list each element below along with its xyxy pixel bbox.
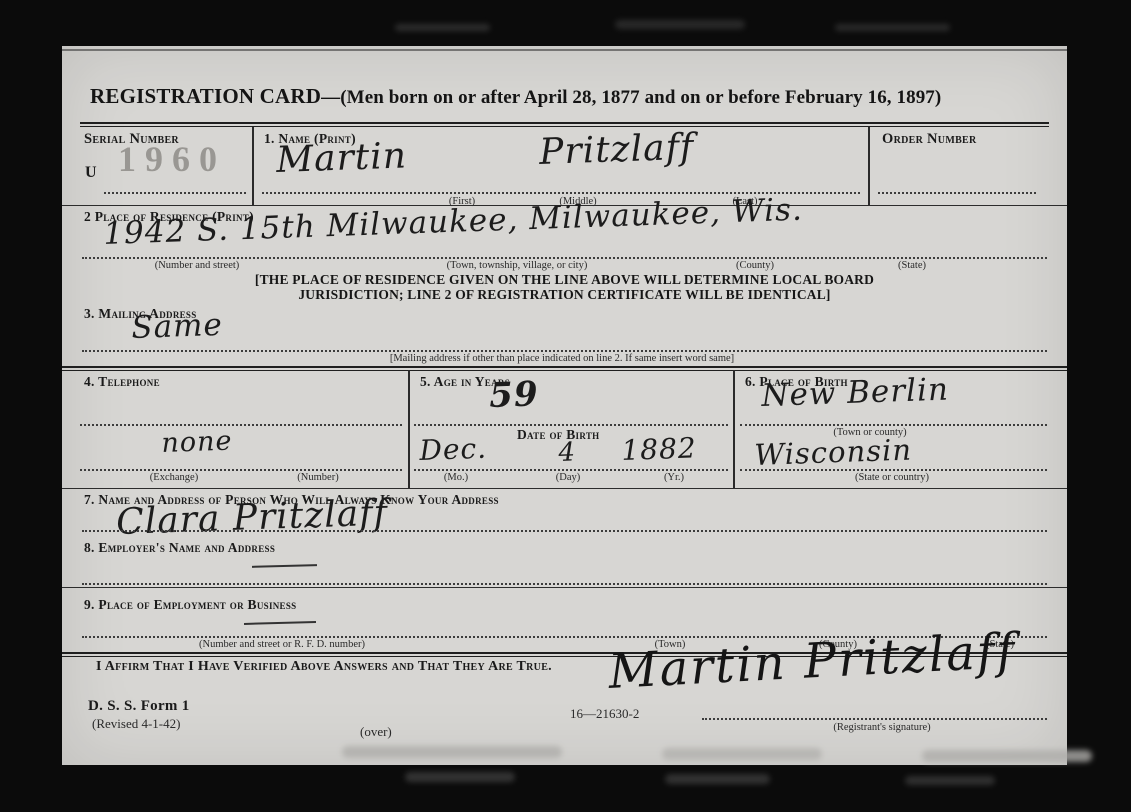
birthplace-state-line bbox=[740, 469, 1047, 471]
dob-day-handwritten: 4 bbox=[558, 437, 577, 468]
dob-line bbox=[414, 469, 728, 471]
name-first-handwritten: Martin bbox=[276, 135, 408, 181]
age-line bbox=[414, 424, 728, 426]
serial-number-stamp: 1960 bbox=[118, 138, 226, 180]
mailing-caption: [Mailing address if other than place ind… bbox=[390, 353, 734, 364]
column-divider bbox=[408, 370, 410, 488]
card-title-eligibility: —(Men born on or after April 28, 1877 an… bbox=[321, 87, 941, 108]
card-top-edge bbox=[62, 49, 1067, 51]
telephone-line2 bbox=[80, 469, 402, 471]
signature-caption: (Registrant's signature) bbox=[833, 722, 930, 733]
scan-artifact bbox=[662, 748, 822, 760]
title-divider bbox=[80, 122, 1049, 127]
residence-caption-state: (State) bbox=[898, 260, 926, 271]
telephone-caption-exchange: (Exchange) bbox=[150, 472, 198, 483]
mailing-line bbox=[82, 350, 1047, 352]
registration-card: REGISTRATION CARD—(Men born on or after … bbox=[62, 46, 1067, 765]
employment-blank-dash bbox=[244, 621, 316, 625]
row-divider bbox=[62, 587, 1067, 588]
telephone-caption-number: (Number) bbox=[297, 472, 338, 483]
serial-number-line bbox=[104, 192, 246, 194]
dob-caption-day: (Day) bbox=[556, 472, 581, 483]
signature-line bbox=[702, 718, 1047, 720]
telephone-handwritten: none bbox=[161, 426, 233, 459]
print-code: 16—21630-2 bbox=[570, 706, 639, 722]
over-note: (over) bbox=[360, 724, 392, 740]
section-divider bbox=[62, 366, 1067, 371]
employment-caption-street: (Number and street or R. F. D. number) bbox=[199, 639, 365, 650]
card-title-main: REGISTRATION CARD bbox=[90, 84, 321, 108]
column-divider bbox=[252, 127, 254, 205]
contact-handwritten: Clara Pritzlaff bbox=[116, 493, 389, 543]
affirmation-text: I Affirm That I Have Verified Above Answ… bbox=[96, 659, 552, 675]
residence-caption-town: (Town, township, village, or city) bbox=[447, 260, 588, 271]
form-number: D. S. S. Form 1 bbox=[88, 698, 190, 715]
birthplace-town-handwritten: New Berlin bbox=[761, 371, 950, 414]
employer-label: 8. Employer's Name and Address bbox=[84, 540, 275, 556]
scan-artifact bbox=[405, 772, 515, 782]
scan-artifact bbox=[922, 750, 1092, 762]
telephone-label: 4. Telephone bbox=[84, 374, 160, 390]
form-revision: (Revised 4-1-42) bbox=[92, 716, 180, 732]
serial-prefix: U bbox=[85, 164, 97, 182]
residence-line bbox=[82, 257, 1047, 259]
dob-caption-year: (Yr.) bbox=[664, 472, 684, 483]
board-note-line1: [THE PLACE OF RESIDENCE GIVEN ON THE LIN… bbox=[62, 272, 1067, 288]
board-note-line2: JURISDICTION; LINE 2 OF REGISTRATION CER… bbox=[62, 287, 1067, 303]
birthplace-state-handwritten: Wisconsin bbox=[754, 433, 913, 472]
residence-caption-county: (County) bbox=[736, 260, 774, 271]
residence-caption-street: (Number and street) bbox=[155, 260, 240, 271]
registrant-signature-handwritten: Martin Pritzlaff bbox=[607, 623, 1018, 700]
scan-artifact bbox=[615, 20, 745, 29]
mailing-handwritten: Same bbox=[131, 307, 224, 346]
employer-line bbox=[82, 583, 1047, 585]
name-last-handwritten: Pritzlaff bbox=[539, 127, 695, 173]
contact-line bbox=[82, 530, 1047, 532]
scan-artifact bbox=[905, 776, 995, 785]
age-handwritten: 59 bbox=[489, 374, 540, 416]
scan-artifact bbox=[835, 24, 950, 31]
card-title: REGISTRATION CARD—(Men born on or after … bbox=[90, 84, 941, 109]
scan-artifact bbox=[665, 774, 770, 784]
birthplace-state-caption: (State or country) bbox=[855, 472, 929, 483]
employer-blank-dash bbox=[252, 564, 317, 568]
scan-artifact bbox=[395, 24, 490, 31]
order-number-line bbox=[878, 192, 1036, 194]
row-divider bbox=[62, 488, 1067, 489]
scan-artifact bbox=[342, 746, 562, 758]
column-divider bbox=[868, 127, 870, 205]
employment-label: 9. Place of Employment or Business bbox=[84, 597, 296, 613]
order-number-label: Order Number bbox=[882, 131, 977, 148]
dob-year-handwritten: 1882 bbox=[621, 431, 697, 467]
dob-month-handwritten: Dec. bbox=[419, 432, 488, 467]
column-divider bbox=[733, 370, 735, 488]
scanned-page: REGISTRATION CARD—(Men born on or after … bbox=[0, 0, 1131, 812]
birthplace-town-line bbox=[740, 424, 1047, 426]
telephone-line1 bbox=[80, 424, 402, 426]
dob-caption-month: (Mo.) bbox=[444, 472, 468, 483]
